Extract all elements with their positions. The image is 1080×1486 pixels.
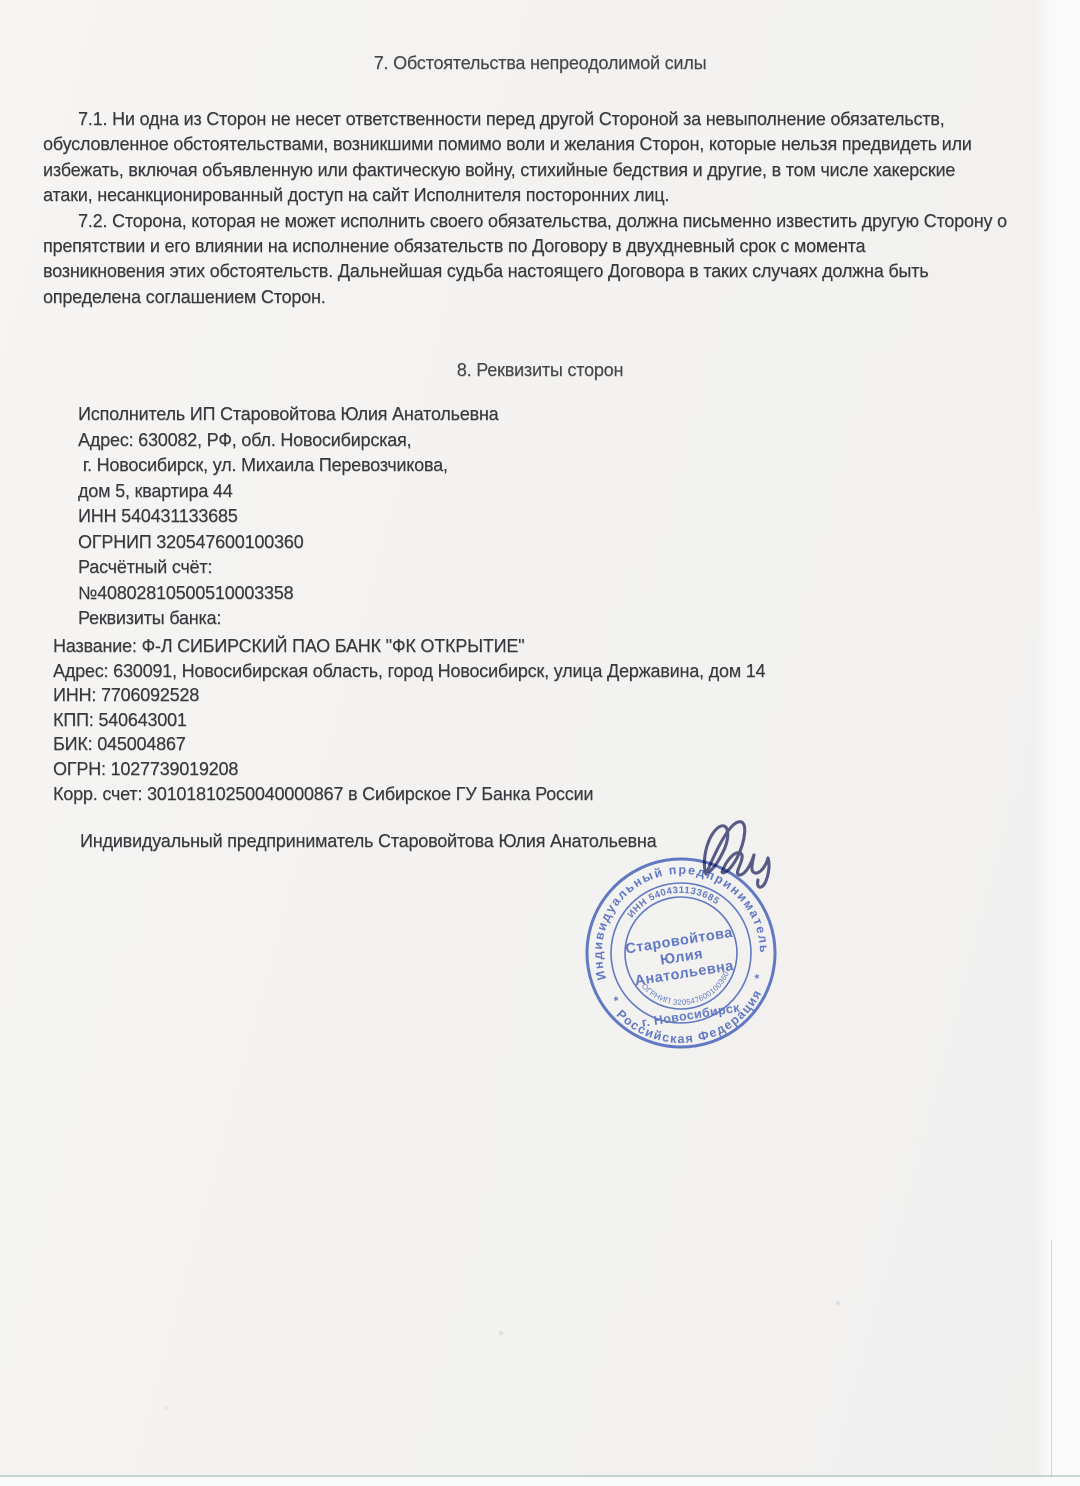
executor-ogrnip-line: ОГРНИП 320547600100360 [78, 530, 498, 556]
closing-signature-line: Индивидуальный предприниматель Старовойт… [80, 831, 656, 852]
bank-address-line: Адрес: 630091, Новосибирская область, го… [53, 659, 765, 684]
para-7-2-line: 7.2. Сторона, которая не может исполнить… [43, 209, 1007, 234]
para-7-2-line: определена соглашением Сторон. [43, 285, 1007, 310]
executor-name-line: Исполнитель ИП Старовойтова Юлия Анатоль… [78, 402, 498, 428]
executor-details: Исполнитель ИП Старовойтова Юлия Анатоль… [78, 402, 498, 632]
scan-edge-bottom-strip [0, 1477, 1080, 1486]
para-7-1-line: обусловленное обстоятельствами, возникши… [43, 132, 1007, 157]
bank-kpp-line: КПП: 540643001 [53, 708, 765, 733]
executor-inn-line: ИНН 540431133685 [78, 504, 498, 530]
scan-edge-vertical-line [1051, 1240, 1052, 1477]
bank-inn-line: ИНН: 7706092528 [53, 683, 765, 708]
para-7-1-line: 7.1. Ни одна из Сторон не несет ответств… [43, 107, 1007, 132]
executor-account-number-line: №40802810500510003358 [78, 581, 498, 607]
bank-details: Название: Ф-Л СИБИРСКИЙ ПАО БАНК "ФК ОТК… [53, 634, 765, 806]
scan-edge-right-strip [1036, 0, 1080, 1486]
executor-address-line: г. Новосибирск, ул. Михаила Перевозчиков… [78, 453, 498, 479]
para-7-1-line: атаки, несанкционированный доступ на сай… [43, 183, 1007, 208]
bank-bik-line: БИК: 045004867 [53, 732, 765, 757]
para-7-2-line: препятствии и его влиянии на исполнение … [43, 234, 1007, 259]
bank-details-label-line: Реквизиты банка: [78, 606, 498, 632]
section-7-body: 7.1. Ни одна из Сторон не несет ответств… [43, 107, 1007, 310]
para-7-1-line: избежать, включая объявленную или фактич… [43, 158, 1007, 183]
bank-ogrn-line: ОГРН: 1027739019208 [53, 757, 765, 782]
section-7-heading: 7. Обстоятельства непреодолимой силы [0, 53, 1080, 74]
signature-strokes [704, 822, 769, 887]
executor-address-line: Адрес: 630082, РФ, обл. Новосибирская, [78, 428, 498, 454]
bank-name-line: Название: Ф-Л СИБИРСКИЙ ПАО БАНК "ФК ОТК… [53, 634, 765, 659]
scan-specks [0, 0, 2, 2]
scanned-contract-page: 7. Обстоятельства непреодолимой силы 7.1… [0, 0, 1080, 1486]
executor-address-line: дом 5, квартира 44 [78, 479, 498, 505]
executor-account-label-line: Расчётный счёт: [78, 555, 498, 581]
handwritten-signature [660, 808, 820, 928]
stamp-separator-right: * [754, 971, 761, 986]
para-7-2-line: возникновения этих обстоятельств. Дальне… [43, 259, 1007, 284]
bank-corr-account-line: Корр. счет: 30101810250040000867 в Сибир… [53, 782, 765, 807]
stamp-separator-left: * [613, 993, 620, 1008]
section-8-heading: 8. Реквизиты сторон [0, 360, 1080, 381]
